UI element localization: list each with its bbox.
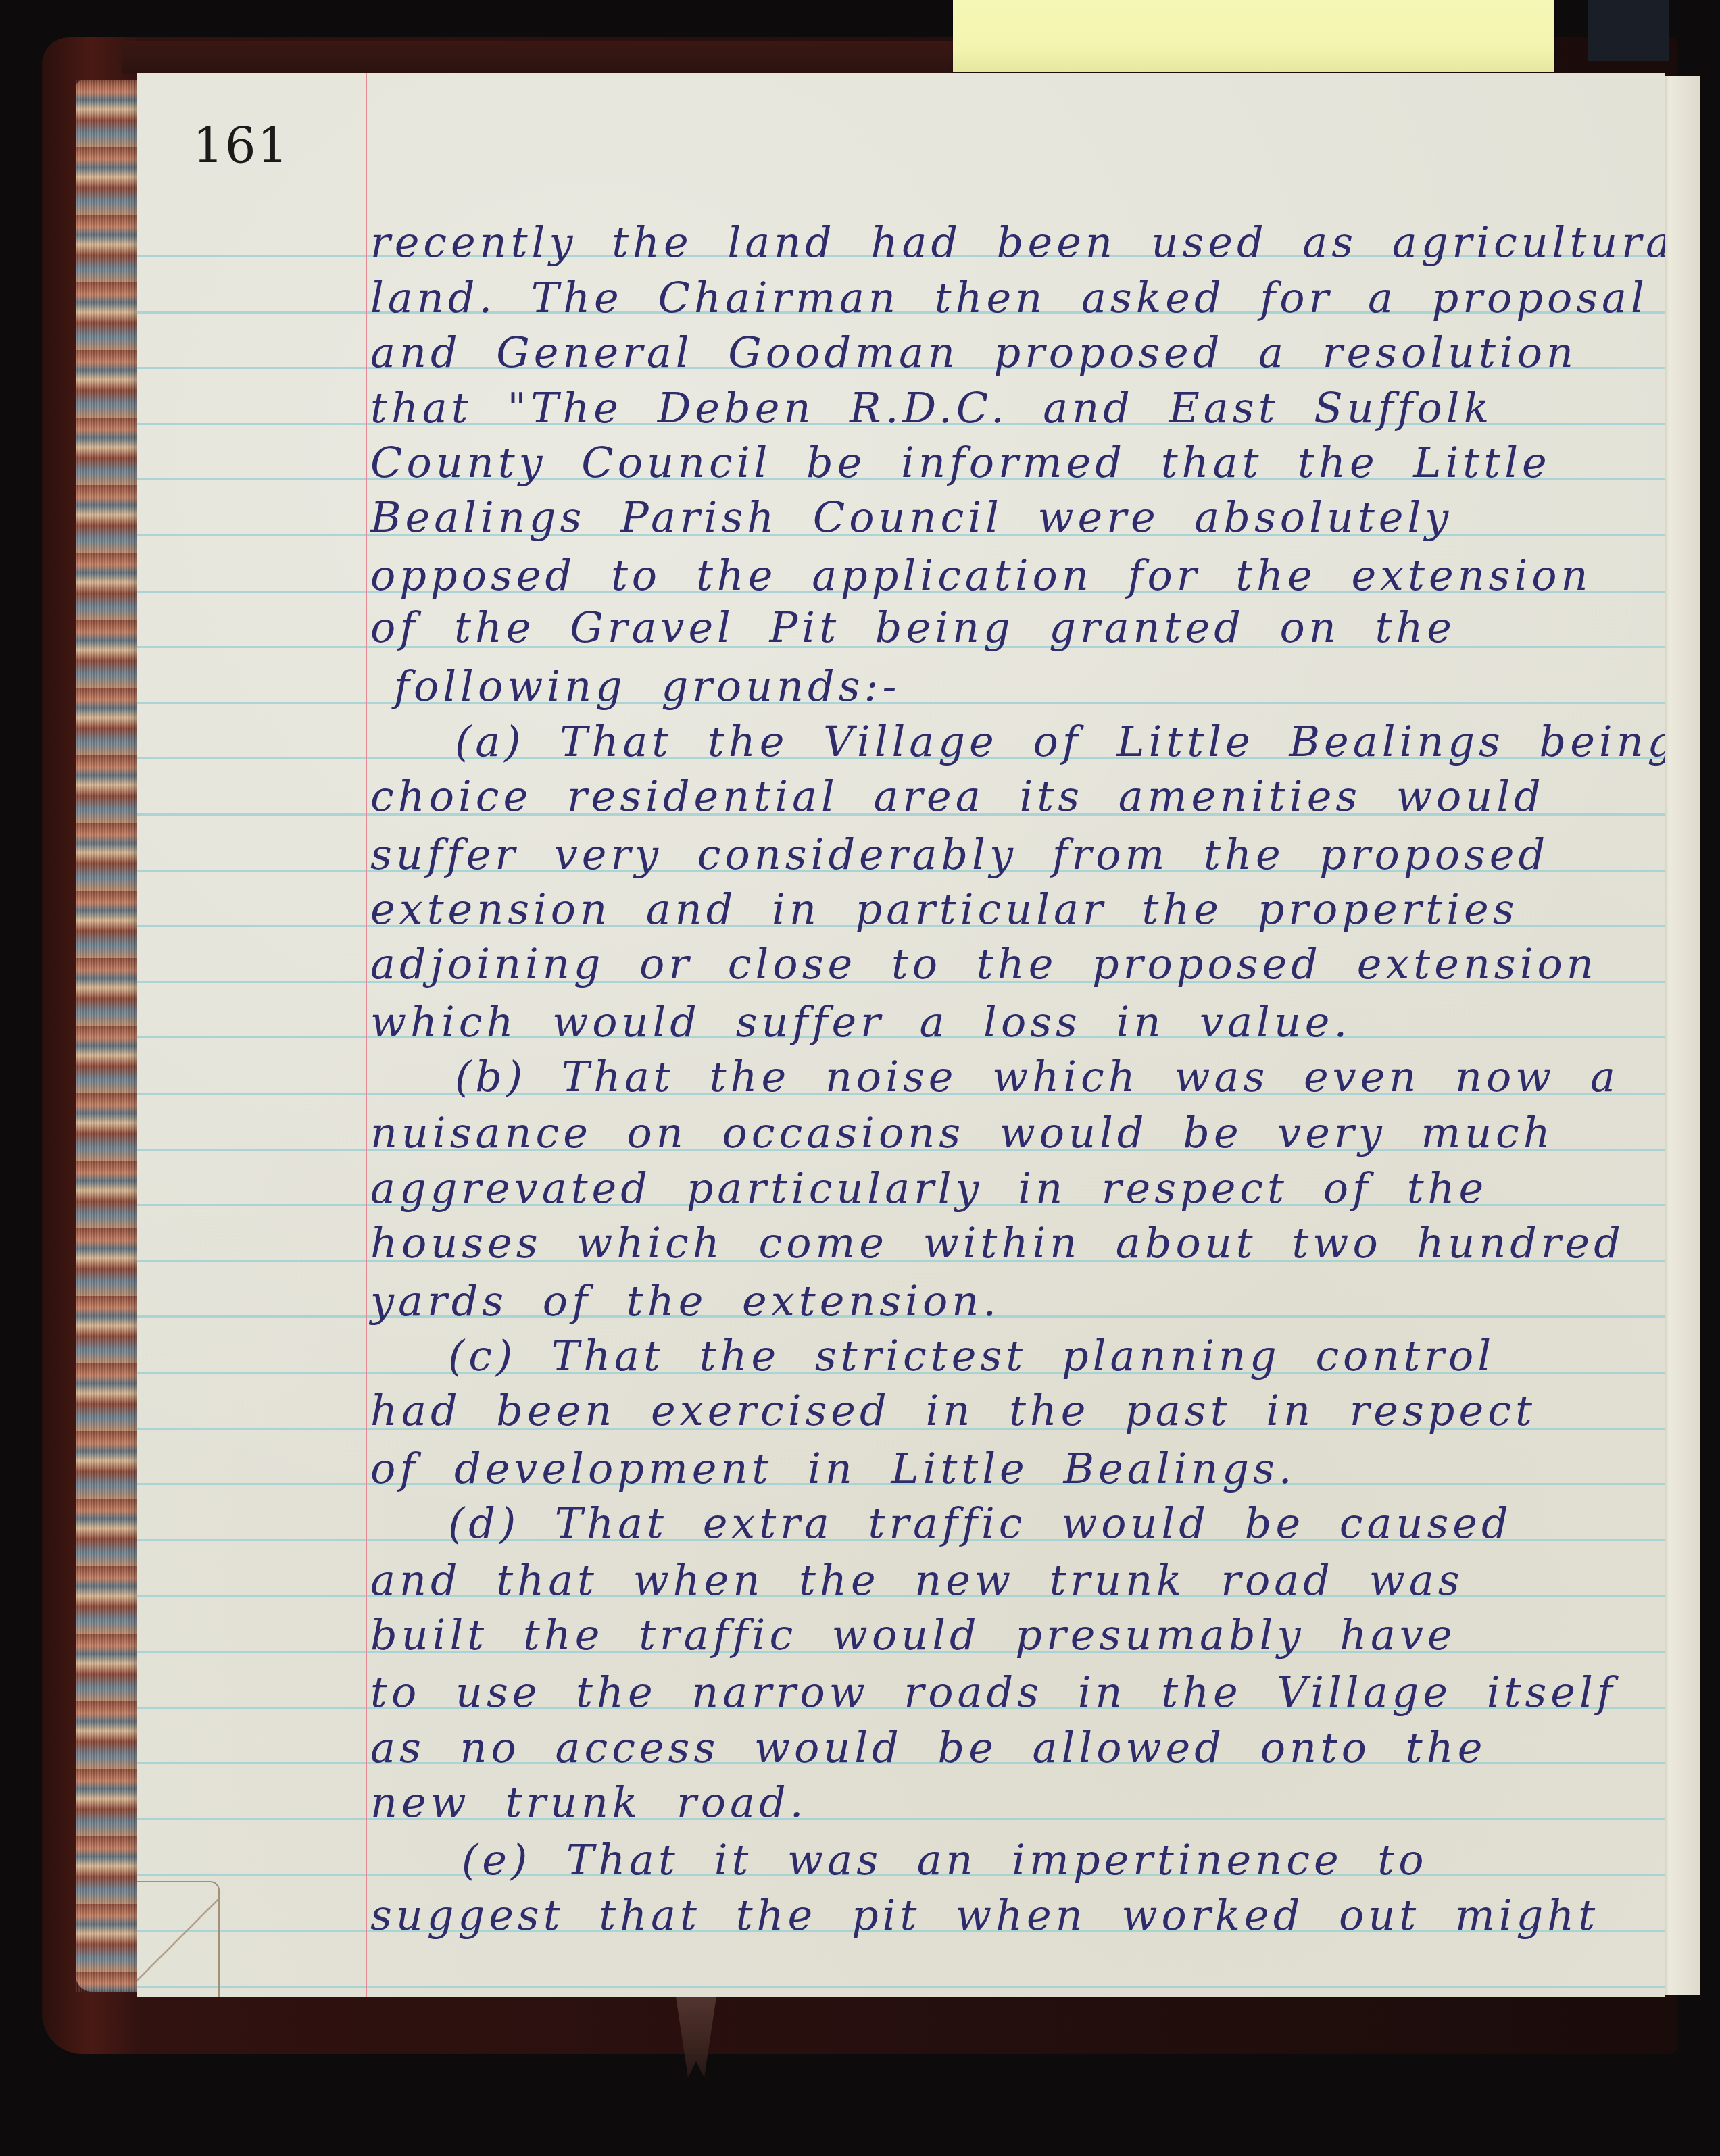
handwritten-line: suggest that the pit when worked out mig… (370, 1895, 1599, 1936)
background-strip (1588, 0, 1669, 61)
handwritten-line: recently the land had been used as agric… (370, 222, 1665, 264)
handwritten-line: that "The Deben R.D.C. and East Suffolk (370, 387, 1493, 429)
handwritten-line: (e) That it was an impertinence to (462, 1839, 1428, 1881)
handwritten-line: and General Goodman proposed a resolutio… (370, 332, 1577, 374)
handwritten-line: nuisance on occasions would be very much (370, 1112, 1554, 1154)
next-page-edge (1664, 76, 1700, 1995)
handwritten-line: houses which come within about two hundr… (370, 1222, 1625, 1264)
ledger-page: 161 recently the land had been used as a… (137, 73, 1665, 1997)
handwritten-line: yards of the extension. (370, 1280, 1000, 1322)
handwritten-line: aggrevated particularly in respect of th… (370, 1168, 1488, 1209)
handwritten-line: (a) That the Village of Little Bealings … (455, 721, 1665, 763)
handwritten-line: suffer very considerably from the propos… (370, 834, 1549, 876)
handwritten-line: adjoining or close to the proposed exten… (370, 943, 1598, 985)
handwritten-line: had been exercised in the past in respec… (370, 1390, 1536, 1432)
handwritten-line: as no access would be allowed onto the (370, 1727, 1486, 1769)
marbled-page-edges (76, 80, 138, 1992)
handwritten-line: (d) That extra traffic would be caused (448, 1503, 1513, 1545)
margin-line (366, 73, 367, 1997)
handwritten-line: of development in Little Bealings. (370, 1448, 1296, 1490)
handwritten-line: Bealings Parish Council were absolutely (370, 497, 1452, 538)
handwritten-line: extension and in particular the properti… (370, 888, 1519, 930)
handwritten-line: land. The Chairman then asked for a prop… (370, 277, 1648, 319)
handwritten-line: built the traffic would presumably have (370, 1614, 1456, 1656)
handwritten-line: which would suffer a loss in value. (370, 1001, 1351, 1043)
handwritten-line: choice residential area its amenities wo… (370, 776, 1545, 818)
bookmark-ribbon (676, 1997, 716, 2078)
book-cover-top-edge (122, 41, 953, 74)
handwritten-line: of the Gravel Pit being granted on the (370, 607, 1456, 649)
handwritten-line: opposed to the application for the exten… (370, 555, 1592, 597)
corner-fold (137, 1881, 220, 1997)
handwritten-line: (b) That the noise which was even now a (455, 1056, 1619, 1098)
handwritten-line: new trunk road. (370, 1782, 807, 1824)
sticky-note (953, 0, 1554, 72)
handwritten-line: (c) That the strictest planning control (448, 1335, 1495, 1377)
handwritten-line: following grounds:- (394, 666, 900, 707)
handwritten-line: and that when the new trunk road was (370, 1559, 1464, 1601)
handwritten-line: County Council be informed that the Litt… (370, 442, 1551, 484)
handwritten-line: to use the narrow roads in the Village i… (370, 1672, 1617, 1713)
page-number: 161 (193, 118, 289, 174)
